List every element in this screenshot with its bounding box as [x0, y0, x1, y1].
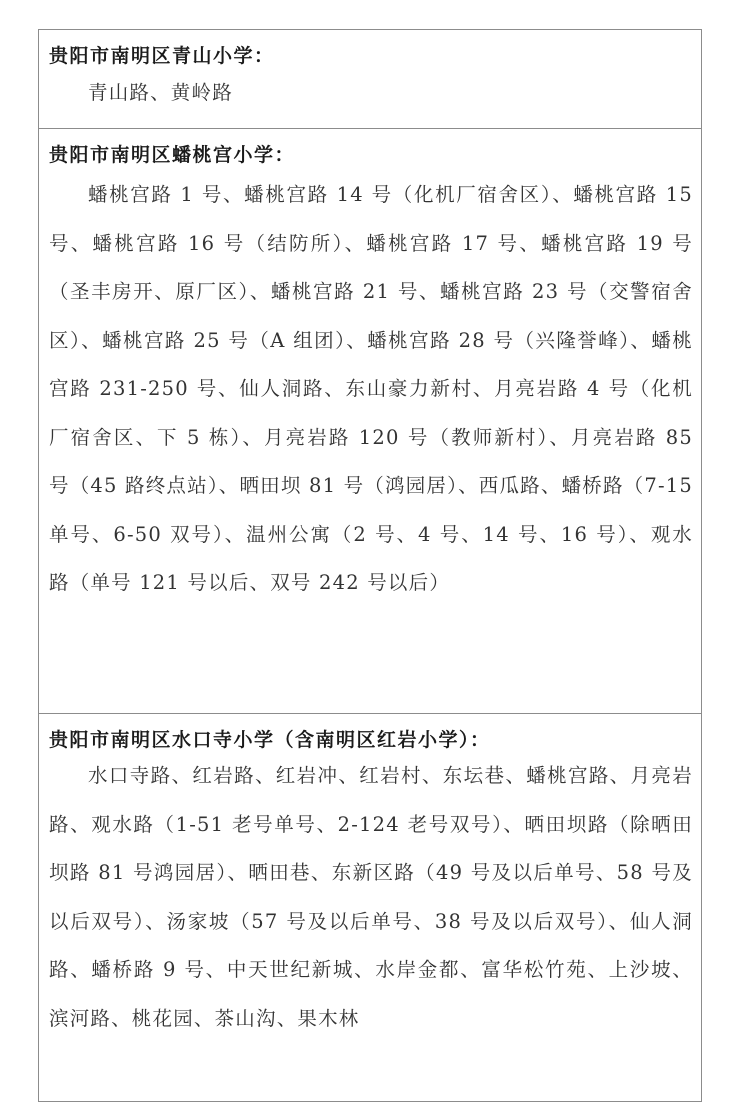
school-name-heading: 贵阳市南明区青山小学：: [49, 30, 693, 68]
school-name-heading: 贵阳市南明区水口寺小学（含南明区红岩小学）：: [49, 714, 693, 752]
section-pantaogong: 贵阳市南明区蟠桃宫小学： 蟠桃宫路 1 号、蟠桃宫路 14 号（化机厂宿舍区）、…: [39, 128, 701, 713]
section-qingshan: 贵阳市南明区青山小学： 青山路、黄岭路: [39, 30, 701, 128]
school-district-table: 贵阳市南明区青山小学： 青山路、黄岭路 贵阳市南明区蟠桃宫小学： 蟠桃宫路 1 …: [38, 29, 702, 1102]
section-shuikousi: 贵阳市南明区水口寺小学（含南明区红岩小学）： 水口寺路、红岩路、红岩冲、红岩村、…: [39, 713, 701, 1101]
street-list: 水口寺路、红岩路、红岩冲、红岩村、东坛巷、蟠桃宫路、月亮岩路、观水路（1-51 …: [49, 752, 693, 1043]
street-list: 蟠桃宫路 1 号、蟠桃宫路 14 号（化机厂宿舍区）、蟠桃宫路 15 号、蟠桃宫…: [49, 171, 693, 608]
street-list: 青山路、黄岭路: [49, 71, 693, 115]
school-name-heading: 贵阳市南明区蟠桃宫小学：: [49, 129, 693, 167]
